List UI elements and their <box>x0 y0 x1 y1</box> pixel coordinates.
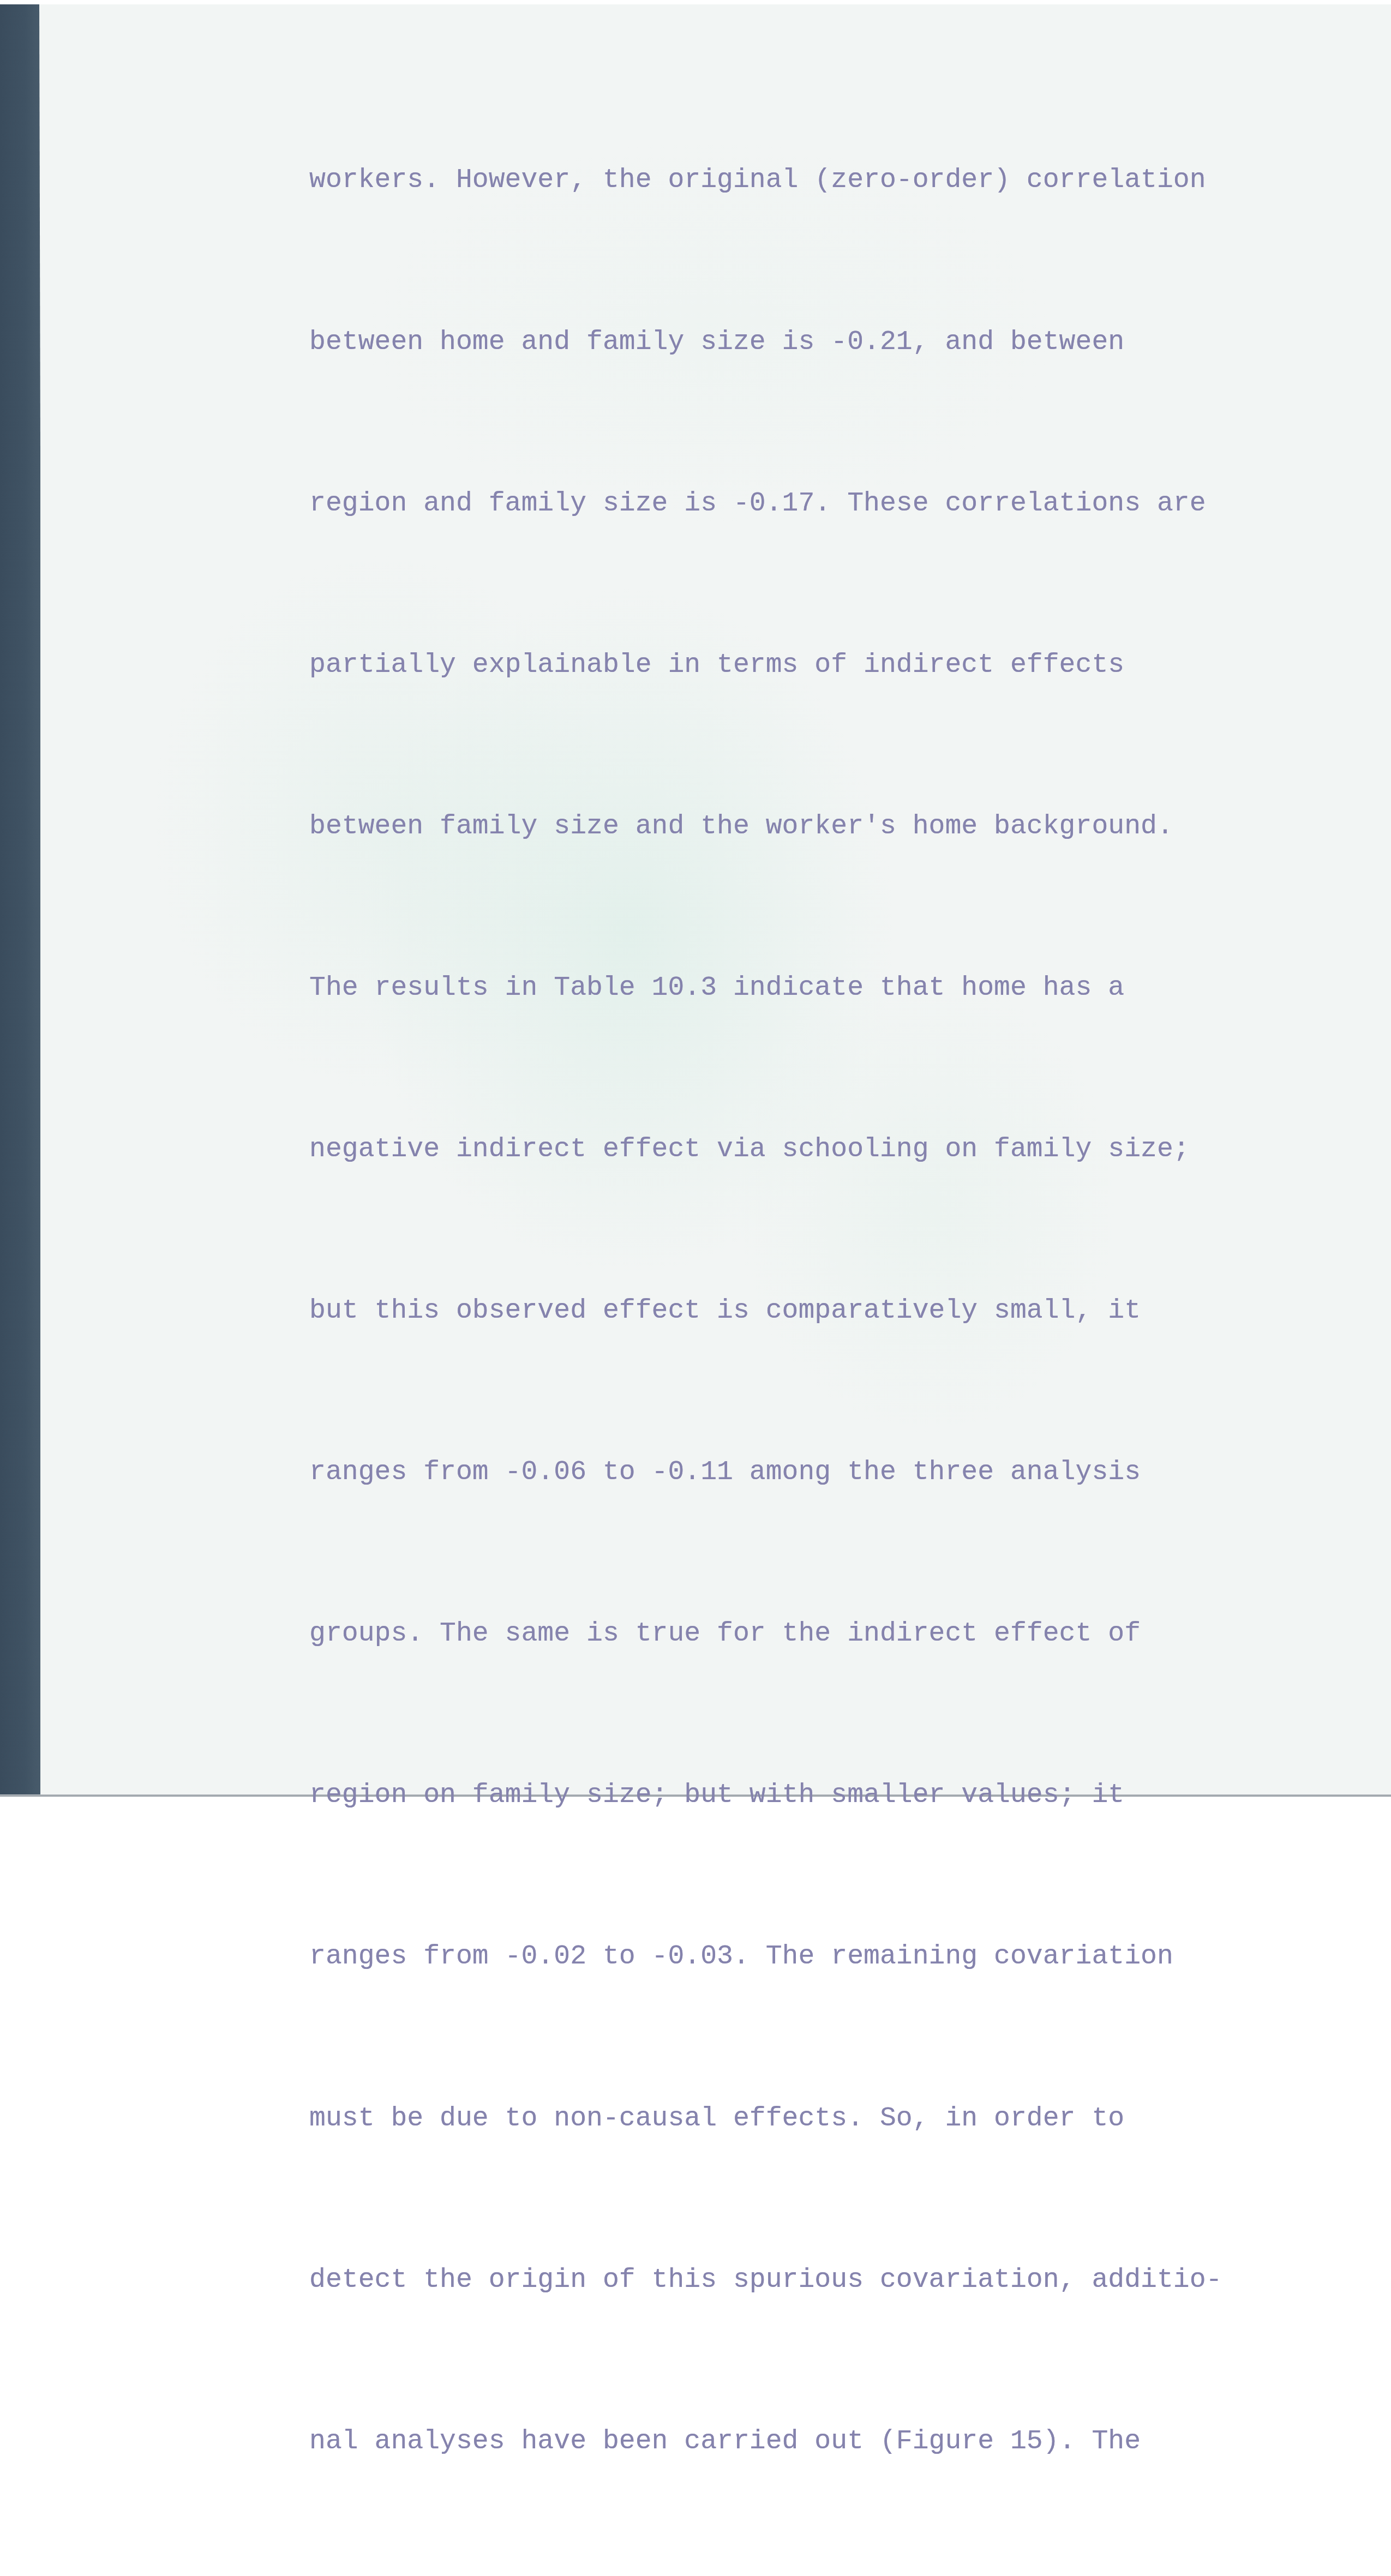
body-paragraph: workers. However, the original (zero-ord… <box>309 46 1222 1800</box>
text-line: partially explainable in terms of indire… <box>309 638 1222 692</box>
text-line: ranges from -0.06 to -0.11 among the thr… <box>309 1445 1222 1499</box>
text-line: between home and family size is -0.21, a… <box>309 315 1222 369</box>
text-line: but this observed effect is comparativel… <box>309 1284 1222 1338</box>
text-line: between family size and the worker's hom… <box>309 800 1222 854</box>
binding-edge <box>0 4 40 1796</box>
text-line: The results in Table 10.3 indicate that … <box>309 961 1222 1015</box>
text-line: region on family size; but with smaller … <box>309 1768 1222 1800</box>
text-line: workers. However, the original (zero-ord… <box>309 153 1222 207</box>
text-line: groups. The same is true for the indirec… <box>309 1607 1222 1661</box>
text-line: negative indirect effect via schooling o… <box>309 1122 1222 1176</box>
text-line: region and family size is -0.17. These c… <box>309 477 1222 531</box>
scanned-page: workers. However, the original (zero-ord… <box>0 0 1391 1800</box>
